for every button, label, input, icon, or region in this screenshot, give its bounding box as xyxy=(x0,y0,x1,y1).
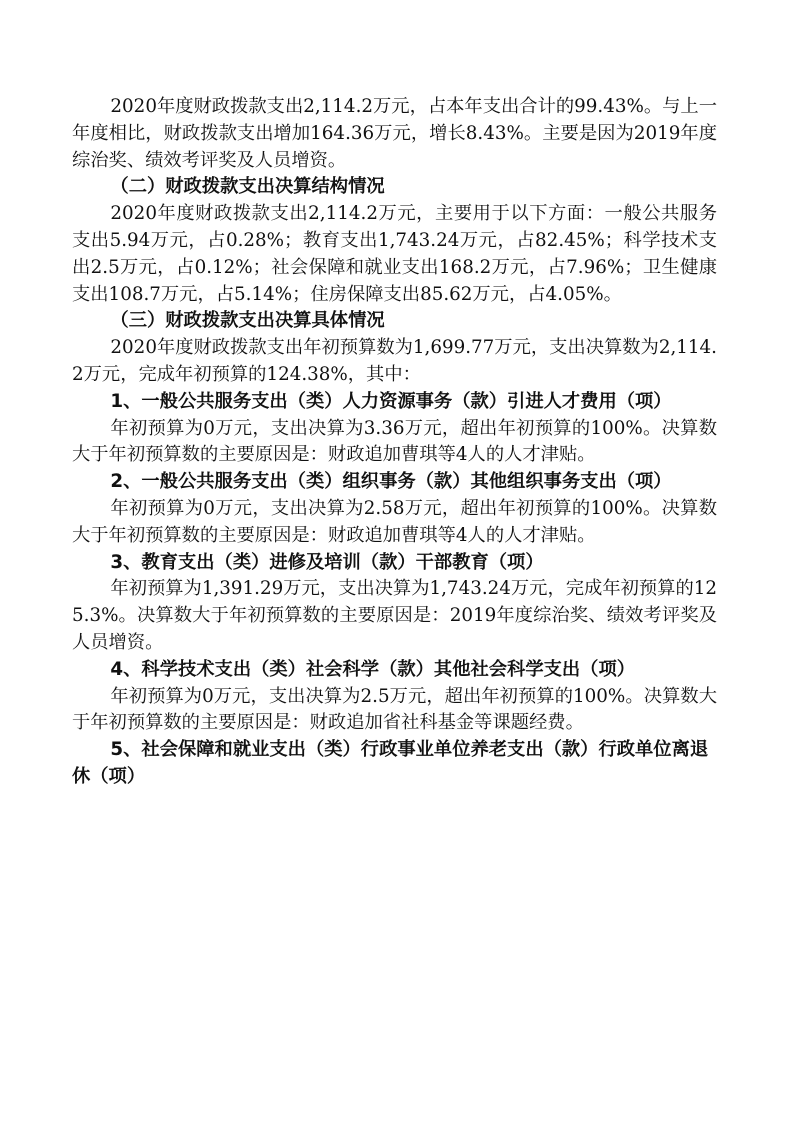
item-paragraph-1: 年初预算为0万元，支出决算为3.36万元，超出年初预算的100%。决算数大于年初… xyxy=(72,416,717,470)
item-paragraph-4: 年初预算为0万元，支出决算为2.5万元，超出年初预算的100%。决算数大于年初预… xyxy=(72,684,717,738)
item-heading-5: 5、社会保障和就业支出（类）行政事业单位养老支出（款）行政单位离退休（项） xyxy=(72,737,717,791)
item-heading-3: 3、教育支出（类）进修及培训（款）干部教育（项） xyxy=(72,550,717,577)
item-heading-1: 1、一般公共服务支出（类）人力资源事务（款）引进人才费用（项） xyxy=(72,389,717,416)
paragraph-expenditure-summary: 2020年度财政拨款支出2,114.2万元，占本年支出合计的99.43%。与上一… xyxy=(72,94,717,174)
item-heading-4: 4、科学技术支出（类）社会科学（款）其他社会科学支出（项） xyxy=(72,657,717,684)
item-heading-2: 2、一般公共服务支出（类）组织事务（款）其他组织事务支出（项） xyxy=(72,469,717,496)
section-heading-details: （三）财政拨款支出决算具体情况 xyxy=(72,308,717,335)
paragraph-budget-completion: 2020年度财政拨款支出年初预算数为1,699.77万元，支出决算数为2,114… xyxy=(72,335,717,389)
paragraph-structure-breakdown: 2020年度财政拨款支出2,114.2万元，主要用于以下方面：一般公共服务支出5… xyxy=(72,201,717,308)
section-heading-structure: （二）财政拨款支出决算结构情况 xyxy=(72,174,717,201)
document-page: 2020年度财政拨款支出2,114.2万元，占本年支出合计的99.43%。与上一… xyxy=(72,94,717,791)
item-paragraph-2: 年初预算为0万元，支出决算为2.58万元，超出年初预算的100%。决算数大于年初… xyxy=(72,496,717,550)
item-paragraph-3: 年初预算为1,391.29万元，支出决算为1,743.24万元，完成年初预算的1… xyxy=(72,576,717,656)
